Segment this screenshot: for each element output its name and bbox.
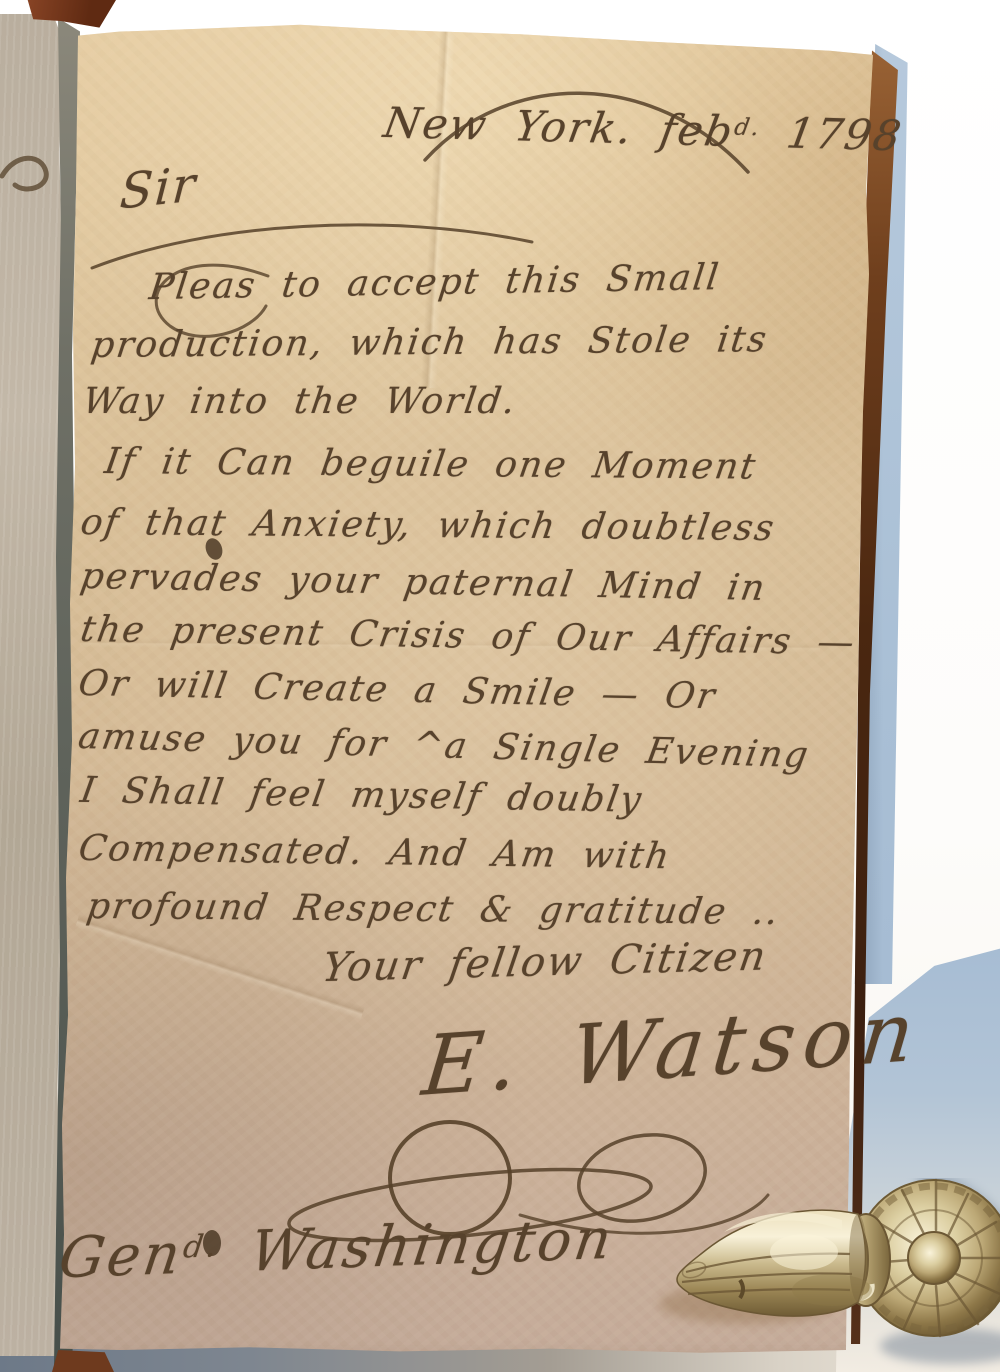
body-line: of that Anxiety, which doubtless [78, 503, 778, 549]
address-rank: Gen [55, 1222, 187, 1292]
leather-binding-bottom [52, 1350, 114, 1372]
facing-page [0, 14, 66, 1356]
wrist-shade [849, 1214, 867, 1302]
body-line: Way into the World. [80, 382, 519, 422]
photo-stage: New York. febd. 1798 Sir Pleas to accept… [0, 0, 1000, 1372]
body-line: If it Can beguile one Moment [102, 442, 760, 487]
knuckle-highlight [770, 1234, 838, 1270]
body-line: profound Respect & gratitude .. [84, 887, 782, 933]
dateline-year: 1798 [756, 108, 906, 161]
dateline-city-month: New York. feb [380, 98, 738, 156]
hand-page-holder [652, 1178, 1000, 1372]
hand-page-holder-icon [652, 1178, 1000, 1372]
body-line: Compensated. And Am with [76, 829, 674, 877]
hand [677, 1210, 872, 1316]
salutation: Sir [118, 158, 199, 220]
body-line: production, which has Stole its [89, 320, 771, 366]
address-superscript: d. [181, 1228, 222, 1265]
